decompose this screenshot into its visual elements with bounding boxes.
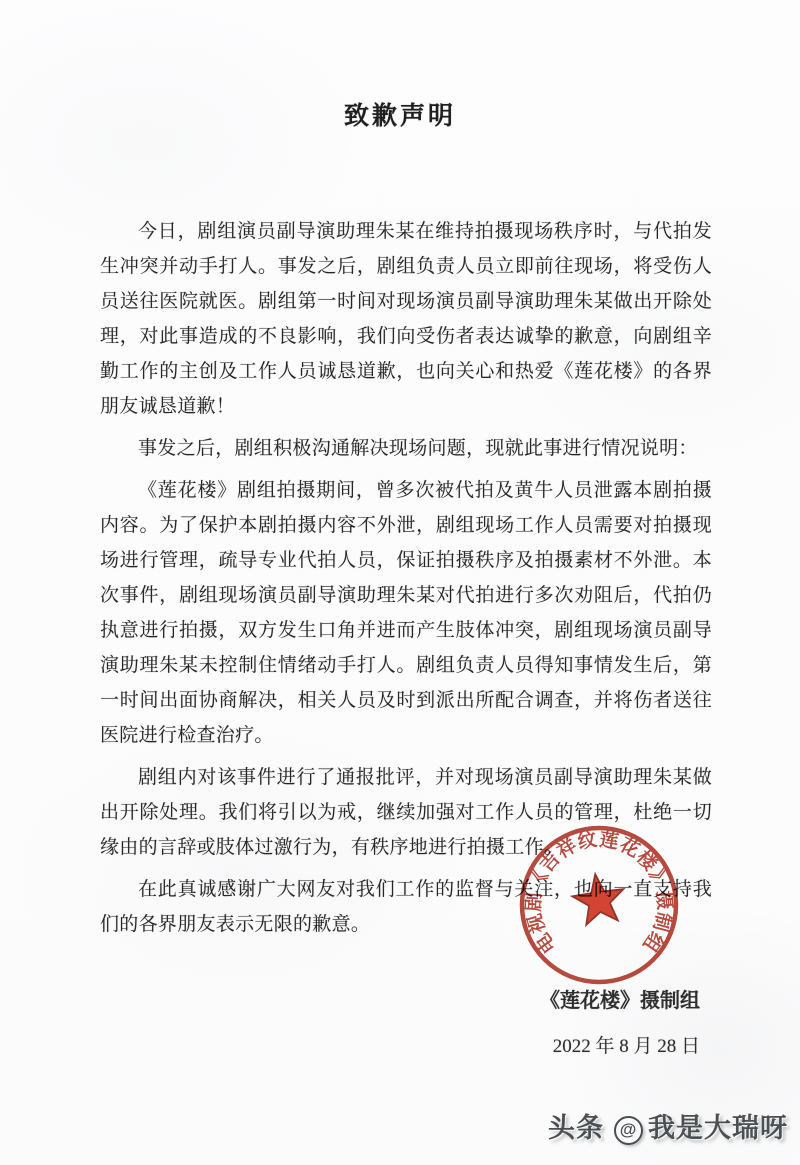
paragraph: 事发之后，剧组积极沟通解决现场问题，现就此事进行情况说明： [100, 431, 712, 466]
toutiao-watermark: 头条@我是大瑞呀 [548, 1106, 788, 1145]
watermark-account: 我是大瑞呀 [648, 1113, 788, 1143]
apology-document: 致歉声明 今日，剧组演员副导演助理朱某在维持拍摄现场秩序时，与代拍发生冲突并动手… [0, 0, 800, 1165]
watermark-prefix: 头条 [548, 1113, 604, 1143]
document-title: 致歉声明 [0, 0, 800, 132]
seal-star-icon [570, 871, 628, 926]
at-icon: @ [614, 1116, 643, 1145]
official-seal: 电视剧《吉祥纹莲花楼》摄制组 [505, 813, 693, 1001]
paragraph: 今日，剧组演员副导演助理朱某在维持拍摄现场秩序时，与代拍发生冲突并动手打人。事发… [100, 214, 712, 424]
paragraph: 《莲花楼》剧组拍摄期间，曾多次被代拍及黄牛人员泄露本剧拍摄内容。为了保护本剧拍摄… [100, 473, 712, 753]
signature-date: 2022 年 8 月 28 日 [0, 1032, 700, 1062]
